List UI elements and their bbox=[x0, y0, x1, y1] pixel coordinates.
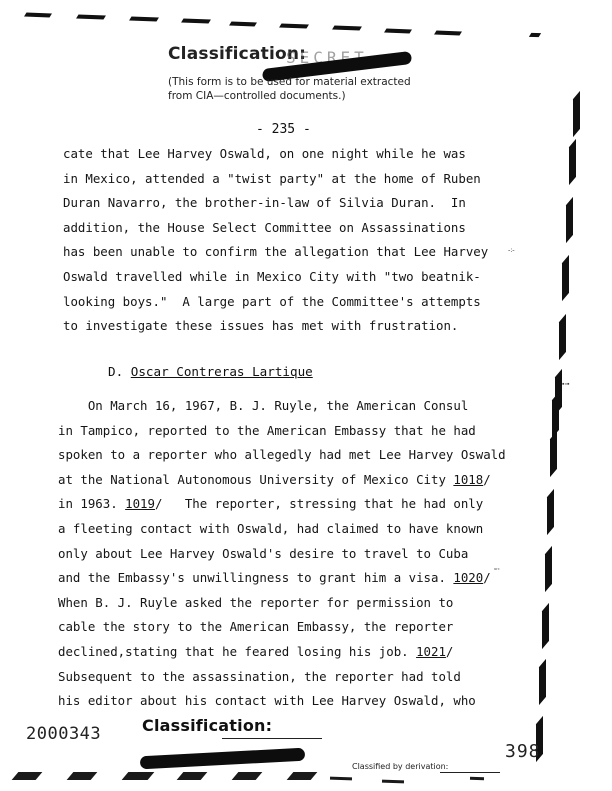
page-number: - 235 - bbox=[256, 122, 311, 137]
stamp-number: 398 bbox=[505, 741, 541, 762]
section-title: Oscar Contreras Lartique bbox=[131, 364, 313, 379]
text-line: to investigate these issues has met with… bbox=[63, 314, 488, 339]
section-heading: D. Oscar Contreras Lartique bbox=[108, 364, 313, 379]
text-line: only about Lee Harvey Oswald's desire to… bbox=[58, 542, 506, 567]
text-line: addition, the House Select Committee on … bbox=[63, 216, 488, 241]
text-line: spoken to a reporter who allegedly had m… bbox=[58, 443, 506, 468]
text-line: his editor about his contact with Lee Ha… bbox=[58, 689, 506, 714]
text-line: Subsequent to the assassination, the rep… bbox=[58, 665, 506, 690]
form-note: (This form is to be used for material ex… bbox=[168, 75, 468, 103]
text-line: cate that Lee Harvey Oswald, on one nigh… bbox=[63, 142, 488, 167]
footnote-ref: 1018 bbox=[453, 472, 483, 487]
document-page: ▪▫▪ -:- ᵘʳᶜ Classification: SECRET (This… bbox=[0, 0, 612, 791]
classification-line bbox=[222, 738, 322, 739]
text-line: has been unable to confirm the allegatio… bbox=[63, 240, 488, 265]
text-line: Oswald travelled while in Mexico City wi… bbox=[63, 265, 488, 290]
classified-by-derivation-label: Classified by derivation: bbox=[352, 762, 448, 771]
document-id: 2000343 bbox=[26, 724, 101, 744]
derivation-line bbox=[440, 772, 500, 773]
footnote-ref: 1019 bbox=[125, 496, 155, 511]
text-line: at the National Autonomous University of… bbox=[58, 468, 506, 493]
text-line: declined,stating that he feared losing h… bbox=[58, 640, 506, 665]
text-line: When B. J. Ruyle asked the reporter for … bbox=[58, 591, 506, 616]
text-line: in Tampico, reported to the American Emb… bbox=[58, 419, 506, 444]
paragraph-2: On March 16, 1967, B. J. Ruyle, the Amer… bbox=[58, 394, 506, 714]
margin-mark: ▪▫▪ bbox=[562, 380, 569, 388]
section-letter: D. bbox=[108, 364, 123, 379]
paragraph-1: cate that Lee Harvey Oswald, on one nigh… bbox=[63, 142, 488, 339]
text-line: On March 16, 1967, B. J. Ruyle, the Amer… bbox=[58, 394, 506, 419]
text-line: cable the story to the American Embassy,… bbox=[58, 615, 506, 640]
footnote-ref: 1021 bbox=[416, 644, 446, 659]
text-line: looking boys." A large part of the Commi… bbox=[63, 290, 488, 315]
margin-mark: -:- bbox=[508, 246, 515, 254]
text-line: in 1963. 1019/ The reporter, stressing t… bbox=[58, 492, 506, 517]
text-line: in Mexico, attended a "twist party" at t… bbox=[63, 167, 488, 192]
text-line: Duran Navarro, the brother-in-law of Sil… bbox=[63, 191, 488, 216]
text-line: a fleeting contact with Oswald, had clai… bbox=[58, 517, 506, 542]
footer-classification-label: Classification: bbox=[142, 716, 272, 735]
footnote-ref: 1020 bbox=[453, 570, 483, 585]
form-note-line-2: from CIA—controlled documents.) bbox=[168, 89, 468, 103]
text-line: and the Embassy's unwillingness to grant… bbox=[58, 566, 506, 591]
footer-redaction-bar bbox=[140, 748, 305, 770]
form-note-line-1: (This form is to be used for material ex… bbox=[168, 75, 468, 89]
